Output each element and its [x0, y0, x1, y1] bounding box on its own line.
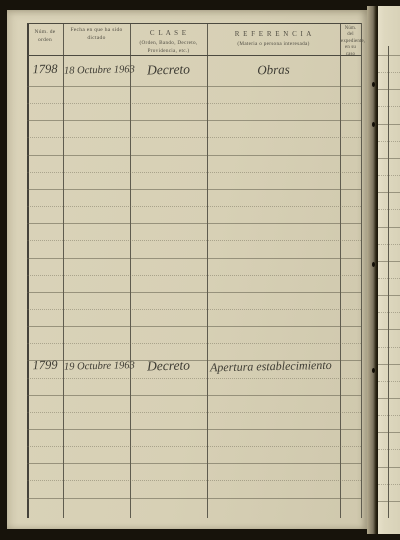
- next-page-edge: [378, 6, 400, 534]
- ledger-page: Núm. de orden Fecha en que ha sido dicta…: [7, 10, 367, 529]
- column-header-fecha: Fecha en que ha sido dictado: [65, 27, 128, 43]
- table-right-border: [361, 23, 362, 518]
- row-line: [378, 432, 400, 433]
- row-line: [378, 124, 400, 125]
- row-line: [27, 326, 361, 327]
- entry-num: 1799: [27, 358, 63, 374]
- referencia-title: R E F E R E N C I A: [207, 29, 340, 39]
- row-line: [27, 446, 361, 447]
- row-line: [378, 209, 400, 210]
- row-line: [27, 103, 361, 104]
- stitch-dot: [372, 368, 375, 373]
- column-header-clase: C L A S E (Orden, Bando, Decreto, Provid…: [130, 28, 207, 55]
- row-line: [27, 137, 361, 138]
- row-line: [27, 120, 361, 121]
- row-line: [378, 398, 400, 399]
- row-line: [27, 498, 361, 499]
- row-line: [378, 467, 400, 468]
- row-line: [378, 89, 400, 90]
- stitch-dot: [372, 122, 375, 127]
- row-line: [378, 484, 400, 485]
- entry-fecha: 19 Octubre 1963: [64, 360, 130, 372]
- row-line: [27, 206, 361, 207]
- binding-crease: [367, 6, 378, 534]
- row-line: [27, 378, 361, 379]
- row-line: [27, 292, 361, 293]
- row-line: [27, 223, 361, 224]
- row-line: [27, 463, 361, 464]
- row-line: [27, 309, 361, 310]
- entry-referencia: Obras: [207, 61, 340, 80]
- row-line: [27, 395, 361, 396]
- row-line: [27, 480, 361, 481]
- row-line: [378, 261, 400, 262]
- row-line: [378, 449, 400, 450]
- row-line: [378, 158, 400, 159]
- column-divider-num-fecha: [63, 23, 64, 518]
- entry-clase: Decreto: [130, 357, 207, 375]
- row-line: [378, 55, 400, 56]
- row-line: [378, 175, 400, 176]
- row-line: [378, 278, 400, 279]
- clase-subtitle: (Orden, Bando, Decreto, Providencia, etc…: [130, 40, 207, 55]
- row-line: [27, 258, 361, 259]
- row-line: [27, 86, 361, 87]
- next-page-column-rule: [388, 46, 389, 518]
- row-line: [378, 227, 400, 228]
- row-line: [27, 343, 361, 344]
- column-divider-fecha-clase: [130, 23, 131, 518]
- entry-num: 1798: [27, 62, 63, 78]
- stitch-dot: [372, 82, 375, 87]
- row-line: [378, 106, 400, 107]
- scanned-ledger-photo: { "header": { "num_orden": "Núm. de orde…: [0, 0, 400, 540]
- row-line: [378, 312, 400, 313]
- row-line: [27, 275, 361, 276]
- row-line: [378, 501, 400, 502]
- entry-fecha: 18 Octubre 1963: [64, 64, 130, 76]
- referencia-subtitle: (Materia o persona interesada): [207, 41, 340, 49]
- header-top-rule: [27, 23, 361, 24]
- column-divider-clase-referencia: [207, 23, 208, 518]
- row-line: [378, 364, 400, 365]
- entry-clase: Decreto: [130, 61, 207, 79]
- row-line: [378, 381, 400, 382]
- row-line: [27, 155, 361, 156]
- row-line: [378, 329, 400, 330]
- clase-title: C L A S E: [130, 28, 207, 38]
- column-header-num-orden: Núm. de orden: [27, 29, 63, 45]
- row-line: [27, 429, 361, 430]
- row-line: [378, 244, 400, 245]
- stitch-dot: [372, 262, 375, 267]
- row-line: [378, 141, 400, 142]
- row-line: [378, 347, 400, 348]
- row-line: [27, 412, 361, 413]
- table-left-border: [27, 23, 29, 518]
- row-line: [378, 295, 400, 296]
- column-header-expediente: Núm. del expediente, en su caso: [341, 26, 360, 58]
- row-line: [378, 192, 400, 193]
- row-line: [27, 189, 361, 190]
- entry-referencia: Apertura establecimiento: [210, 358, 343, 376]
- row-line: [27, 240, 361, 241]
- column-divider-referencia-expediente: [340, 23, 341, 518]
- row-line: [27, 172, 361, 173]
- column-header-referencia: R E F E R E N C I A (Materia o persona i…: [207, 29, 340, 49]
- row-line: [378, 72, 400, 73]
- row-line: [378, 415, 400, 416]
